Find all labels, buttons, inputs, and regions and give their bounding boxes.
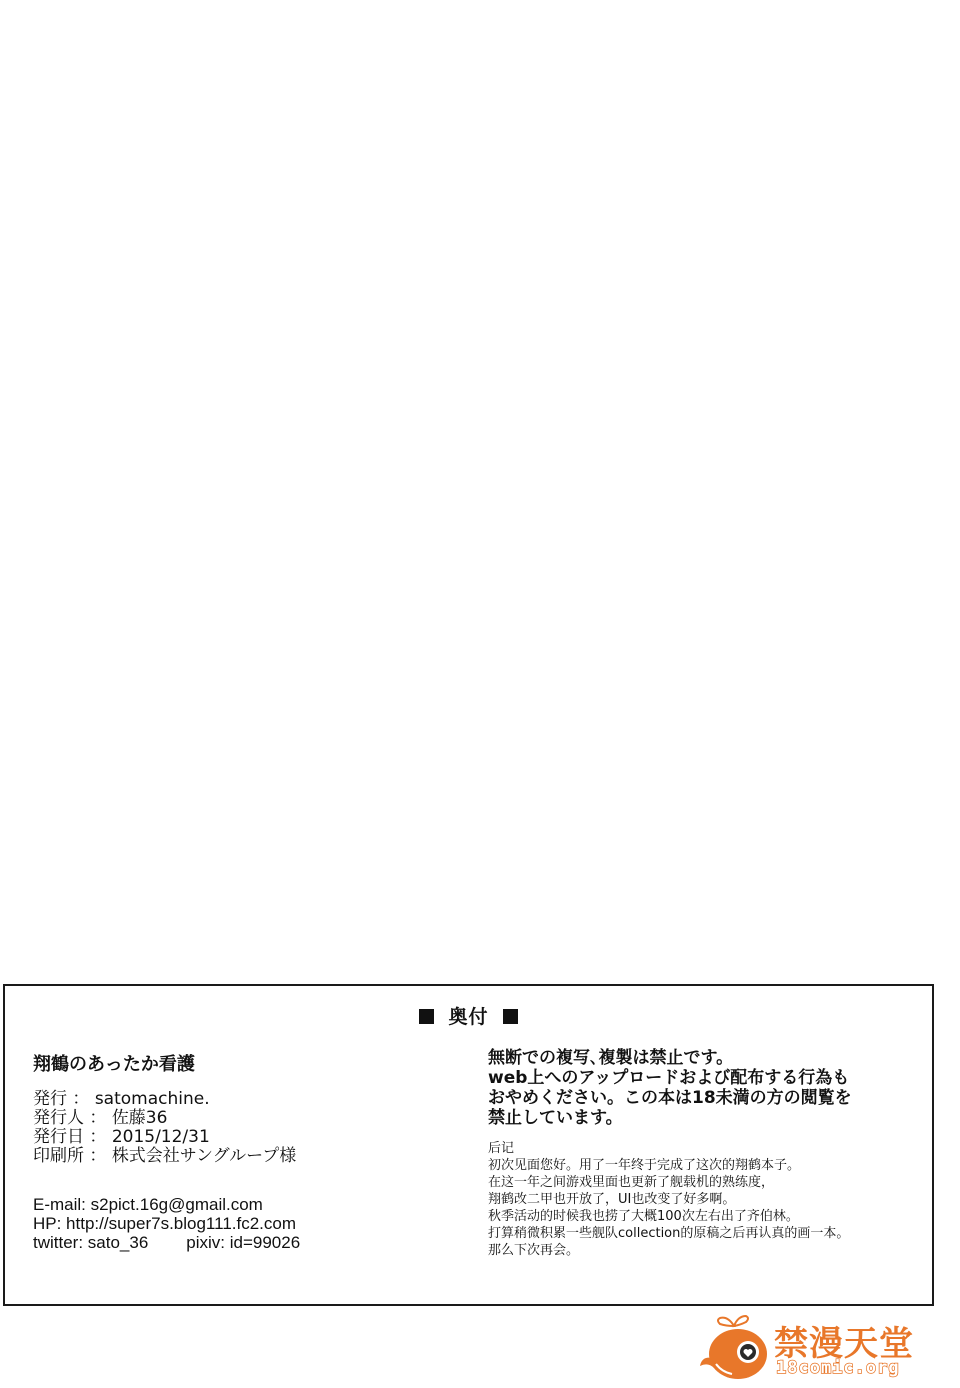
date-row: 発行日 ： 2015/12/31 xyxy=(33,1128,453,1147)
square-bullet-icon xyxy=(419,1009,434,1024)
afterword-line: 秋季活动的时候我也捞了大概100次左右出了齐伯林。 xyxy=(488,1208,928,1225)
twitter-handle: twitter: sato_36 xyxy=(33,1233,148,1252)
copyright-notice: 無断での複写､複製は禁止です。 web上へのアップロードおよび配布する行為も お… xyxy=(488,1048,928,1128)
info-sep: ： xyxy=(89,1127,106,1147)
info-label: 発行日 xyxy=(33,1127,84,1147)
afterword: 后记 初次见面您好。用了一年终于完成了这次的翔鹤本子。 在这一年之间游戏里面也更… xyxy=(488,1140,928,1259)
afterword-line: 在这一年之间游戏里面也更新了舰载机的熟练度， xyxy=(488,1174,928,1191)
info-value: 佐藤36 xyxy=(112,1108,168,1128)
publisher-info: 発行 ： satomachine. 発行人 ： 佐藤36 発行日 ： 2015/… xyxy=(33,1090,453,1166)
info-sep: ： xyxy=(89,1146,106,1166)
colophon-box: 奥付 翔鶴のあったか看護 発行 ： satomachine. 発行人 ： 佐藤3… xyxy=(3,984,934,1306)
afterword-line: 翔鹤改二甲也开放了，UI也改变了好多啊。 xyxy=(488,1191,928,1208)
afterword-line: 打算稍微积累一些舰队collection的原稿之后再认真的画一本。 xyxy=(488,1225,928,1242)
notice-line: おやめください。この本は18未満の方の閲覧を xyxy=(488,1088,928,1108)
printer-row: 印刷所 ： 株式会社サングループ様 xyxy=(33,1147,453,1166)
info-sep: ： xyxy=(89,1108,106,1128)
publication-info: 翔鶴のあったか看護 発行 ： satomachine. 発行人 ： 佐藤36 発… xyxy=(33,1050,453,1252)
publisher-row: 発行 ： satomachine. xyxy=(33,1090,453,1109)
email-line: E-mail: s2pict.16g@gmail.com xyxy=(33,1195,453,1214)
notice-line: web上へのアップロードおよび配布する行為も xyxy=(488,1068,928,1088)
colophon-heading: 奥付 xyxy=(5,1002,932,1029)
info-value: 2015/12/31 xyxy=(112,1127,210,1147)
pixiv-id: pixiv: id=99026 xyxy=(186,1233,300,1252)
info-value: 株式会社サングループ様 xyxy=(112,1146,296,1166)
afterword-line: 初次见面您好。用了一年终于完成了这次的翔鹤本子。 xyxy=(488,1157,928,1174)
info-sep: ： xyxy=(72,1089,89,1109)
notice-line: 無断での複写､複製は禁止です。 xyxy=(488,1048,928,1068)
author-row: 発行人 ： 佐藤36 xyxy=(33,1109,453,1128)
afterword-line: 那么下次再会。 xyxy=(488,1242,928,1259)
social-line: twitter: sato_36pixiv: id=99026 xyxy=(33,1233,453,1252)
contact-info: E-mail: s2pict.16g@gmail.com HP: http://… xyxy=(33,1195,453,1252)
afterword-heading: 后记 xyxy=(488,1140,928,1157)
notice-line: 禁止しています。 xyxy=(488,1108,928,1128)
info-label: 発行 xyxy=(33,1089,67,1109)
info-label: 発行人 xyxy=(33,1108,84,1128)
watermark-url: 18comic.org xyxy=(776,1358,900,1378)
square-bullet-icon xyxy=(503,1009,518,1024)
homepage-line: HP: http://super7s.blog111.fc2.com xyxy=(33,1214,453,1233)
notes-column: 無断での複写､複製は禁止です。 web上へのアップロードおよび配布する行為も お… xyxy=(488,1048,928,1259)
book-title: 翔鶴のあったか看護 xyxy=(33,1050,453,1076)
info-label: 印刷所 xyxy=(33,1146,84,1166)
whale-mascot-icon xyxy=(700,1312,772,1382)
watermark-logo: 禁漫天堂 18comic.org xyxy=(700,1312,910,1382)
heading-text: 奥付 xyxy=(448,1006,488,1028)
info-value: satomachine. xyxy=(95,1089,210,1109)
